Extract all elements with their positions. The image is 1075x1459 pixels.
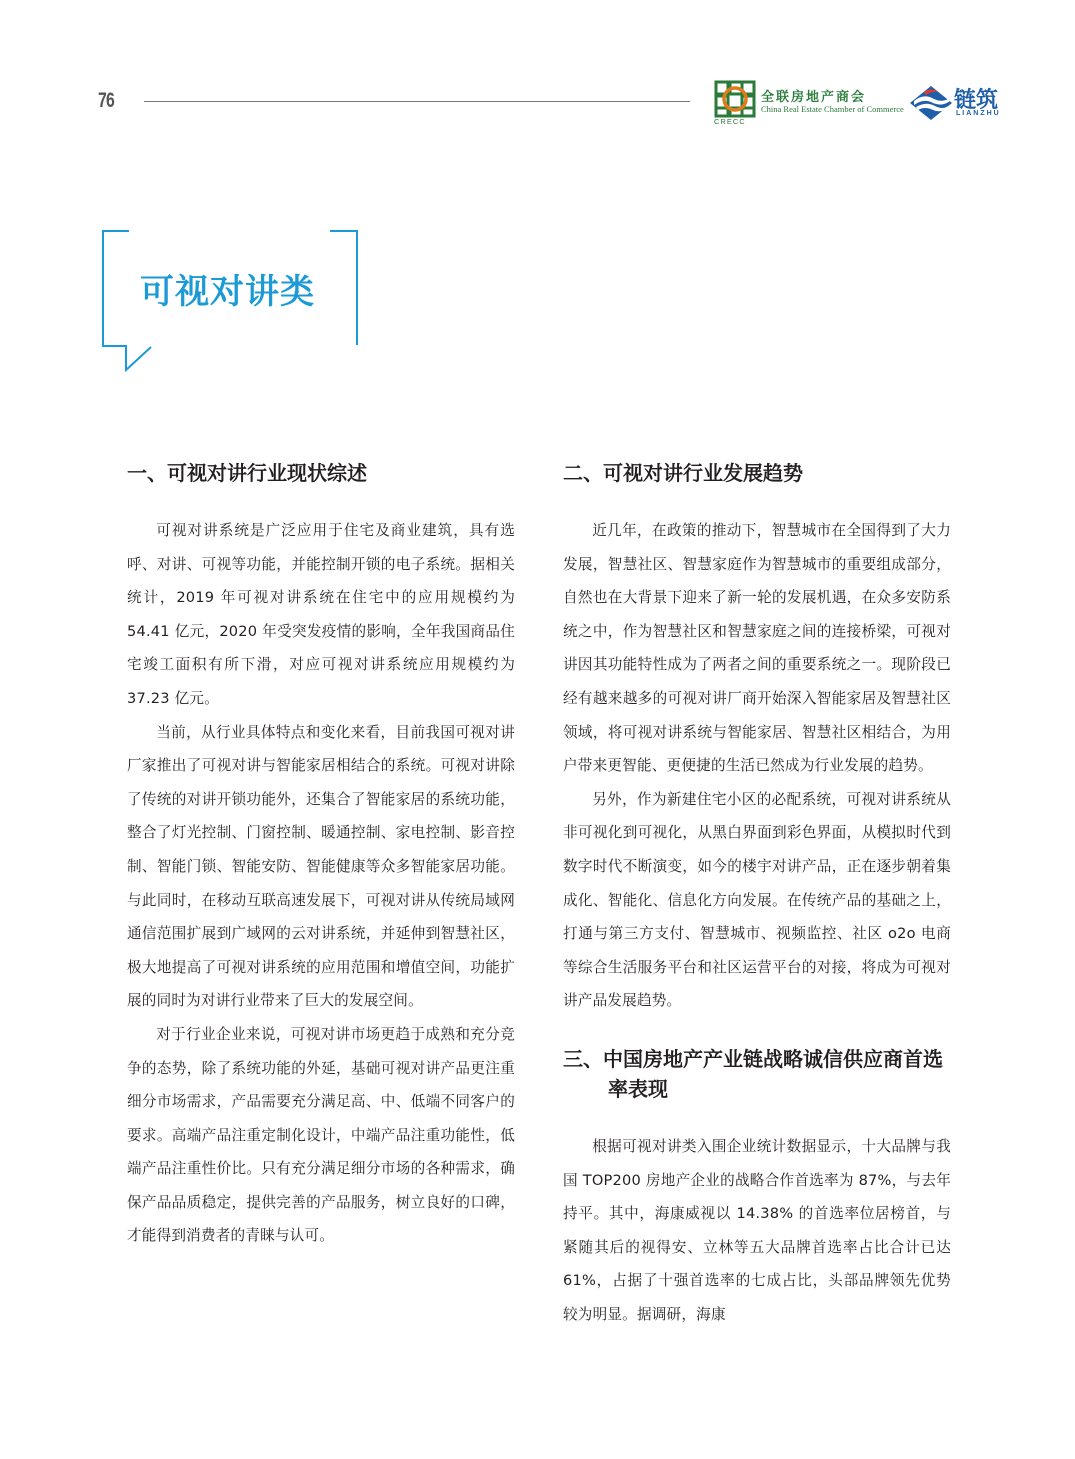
right-column: 二、可视对讲行业发展趋势 近几年，在政策的推动下，智慧城市在全国得到了大力发展，…: [563, 458, 951, 1331]
crecc-name-en: China Real Estate Chamber of Commerce: [761, 104, 904, 114]
left-column: 一、可视对讲行业现状综述 可视对讲系统是广泛应用于住宅及商业建筑，具有选呼、对讲…: [127, 458, 515, 1253]
lianzhu-name-en: LIANZHU: [956, 110, 1001, 117]
page-header: 76 CRECC 全联房地产商会 China Real Estate Chamb…: [0, 0, 1075, 140]
chapter-title: 可视对讲类: [140, 264, 315, 313]
page-number: 76: [98, 89, 114, 113]
section-1-paragraph-3: 对于行业企业来说，可视对讲市场更趋于成熟和充分竞争的态势，除了系统功能的外延，基…: [127, 1018, 515, 1253]
section-1-paragraph-1: 可视对讲系统是广泛应用于住宅及商业建筑，具有选呼、对讲、可视等功能，并能控制开锁…: [127, 514, 515, 716]
section-2-paragraph-2: 另外，作为新建住宅小区的必配系统，可视对讲系统从非可视化到可视化，从黑白界面到彩…: [563, 783, 951, 1018]
section-2-paragraph-1: 近几年，在政策的推动下，智慧城市在全国得到了大力发展，智慧社区、智慧家庭作为智慧…: [563, 514, 951, 783]
section-heading-2: 二、可视对讲行业发展趋势: [563, 458, 951, 488]
section-heading-3: 三、中国房地产产业链战略诚信供应商首选率表现: [563, 1044, 951, 1104]
section-1-paragraph-2: 当前，从行业具体特点和变化来看，目前我国可视对讲厂家推出了可视对讲与智能家居相结…: [127, 716, 515, 1018]
lianzhu-logo-icon: [908, 84, 954, 122]
crecc-name-cn: 全联房地产商会: [761, 86, 866, 105]
header-divider: [144, 101, 690, 102]
section-3-paragraph-1: 根据可视对讲类入围企业统计数据显示，十大品牌与我国 TOP200 房地产企业的战…: [563, 1130, 951, 1332]
section-heading-1: 一、可视对讲行业现状综述: [127, 458, 515, 488]
crecc-abbreviation: CRECC: [714, 117, 746, 126]
